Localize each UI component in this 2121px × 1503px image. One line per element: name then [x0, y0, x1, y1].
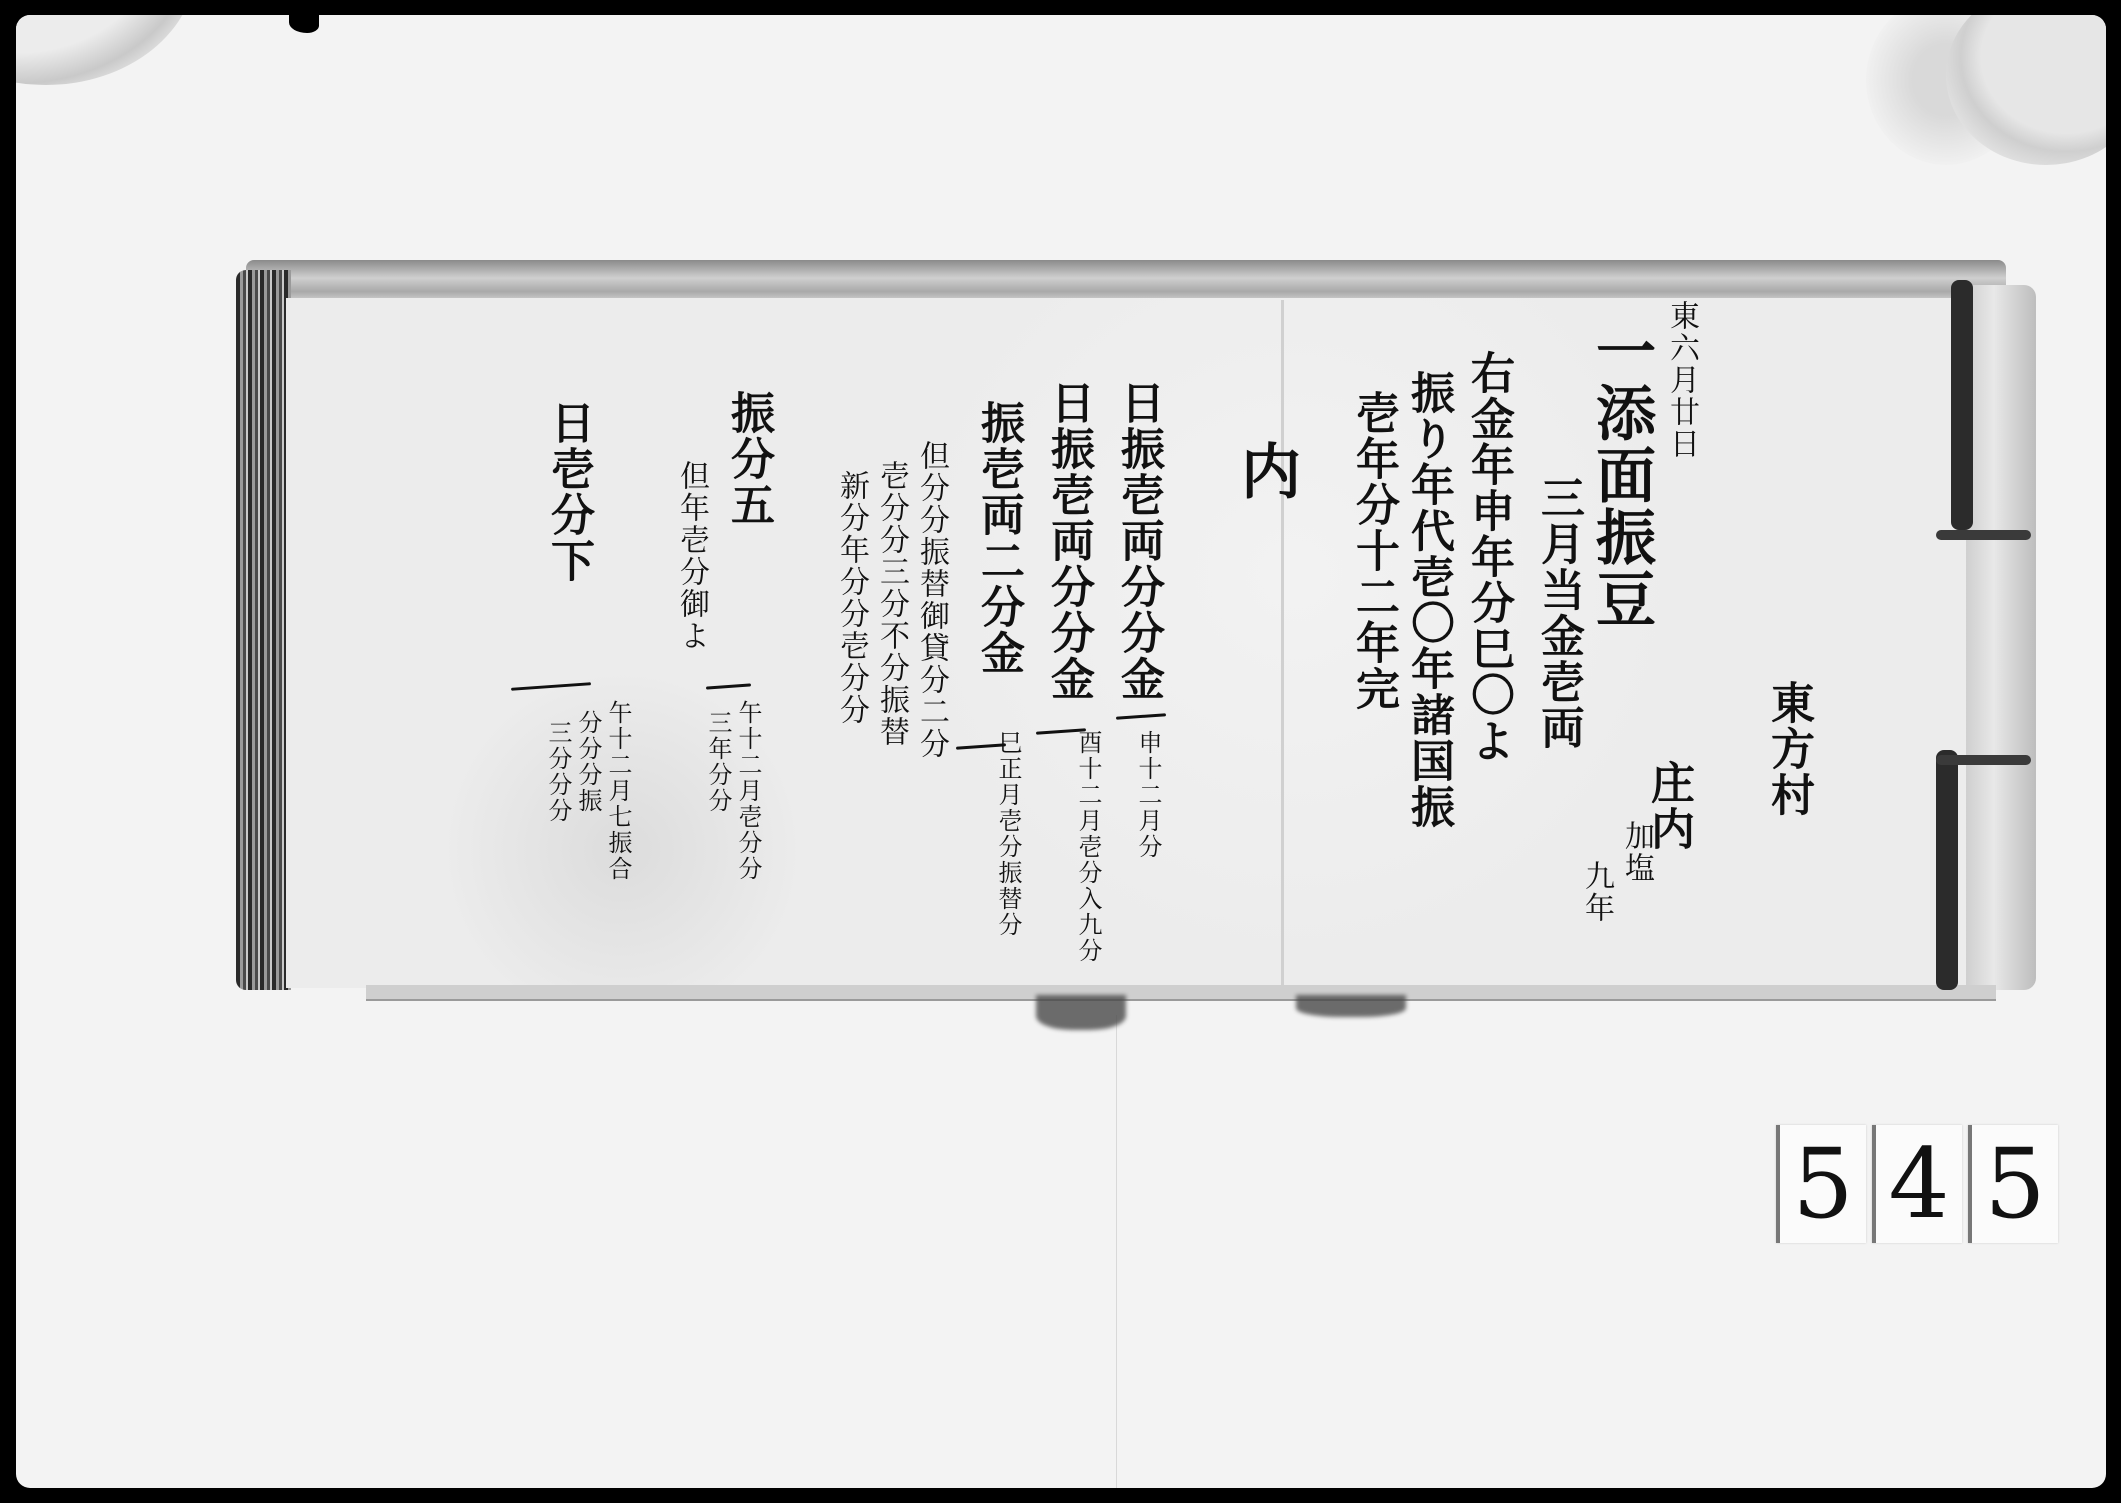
text-column: 九年 — [1581, 860, 1611, 924]
text-column: 壱分分三分不分振替 — [876, 460, 906, 748]
text-column: 東六月廿日 — [1666, 300, 1696, 460]
text-column-note: 巳正月壱分振替分 — [996, 730, 1020, 938]
book-spine — [1966, 285, 2036, 990]
text-column: 右金年申年分巳〇よ — [1466, 350, 1510, 764]
binding-cord-wrap — [1936, 755, 2031, 765]
section-mark: 内 — [1236, 440, 1296, 502]
text-column: 東方村 — [1766, 680, 1810, 818]
page-fold — [1281, 300, 1284, 990]
text-column-note: 酉十二月壱分入九分 — [1076, 730, 1100, 964]
text-column: 新分年分分壱分分 — [836, 470, 866, 726]
text-column: 但分分振替御貸分二分 — [916, 440, 946, 760]
catalog-digit: 4 — [1872, 1125, 1962, 1243]
text-column: 振り年代壱〇年諸国振 — [1406, 370, 1450, 830]
page-tab — [1036, 995, 1126, 1030]
text-column: 振分五 — [726, 390, 770, 528]
text-column: 三月当金壱両 — [1536, 475, 1580, 751]
text-column-note: 三年分分 — [706, 710, 730, 814]
background-seam — [1116, 1015, 1117, 1488]
binding-cord-bottom — [1936, 750, 1958, 990]
background-object-left — [16, 15, 196, 85]
text-column: 加塩 — [1621, 820, 1651, 884]
text-column-title: 一添面振豆 — [1591, 320, 1651, 630]
text-column-note: 午十二月七振合 — [606, 700, 630, 882]
text-column: 振壱両二分金 — [976, 400, 1020, 676]
text-column: 壱年分十二年完 — [1351, 390, 1395, 712]
catalog-digit: 5 — [1776, 1125, 1866, 1243]
text-column-note: 分分分振 — [576, 710, 600, 814]
catalog-digit: 5 — [1968, 1125, 2058, 1243]
page-stack-bottom — [366, 985, 1996, 1001]
film-edge-mark — [289, 15, 319, 33]
text-column: 日壱分下 — [546, 400, 590, 584]
page-tab — [1296, 995, 1406, 1017]
ledger-book: 東方村 東六月廿日 一添面振豆 三月当金壱両 庄内 加塩 九年 右金年申年分巳〇… — [236, 260, 2036, 1000]
text-column: 日振壱両分分金 — [1046, 380, 1090, 702]
page-stack-left — [236, 270, 291, 990]
text-column-note: 三分分分 — [546, 720, 570, 824]
text-column-note: 午十二月壱分分 — [736, 700, 760, 882]
text-column: 日振壱両分分金 — [1116, 380, 1160, 702]
text-column: 但年壱分御よ — [676, 460, 706, 652]
catalog-number-label: 5 4 5 — [1776, 1125, 2058, 1243]
binding-cord-top — [1951, 280, 1973, 530]
text-column-note: 申十二月分 — [1136, 730, 1160, 860]
photo-frame: 東方村 東六月廿日 一添面振豆 三月当金壱両 庄内 加塩 九年 右金年申年分巳〇… — [16, 15, 2106, 1488]
binding-cord-wrap — [1936, 530, 2031, 540]
